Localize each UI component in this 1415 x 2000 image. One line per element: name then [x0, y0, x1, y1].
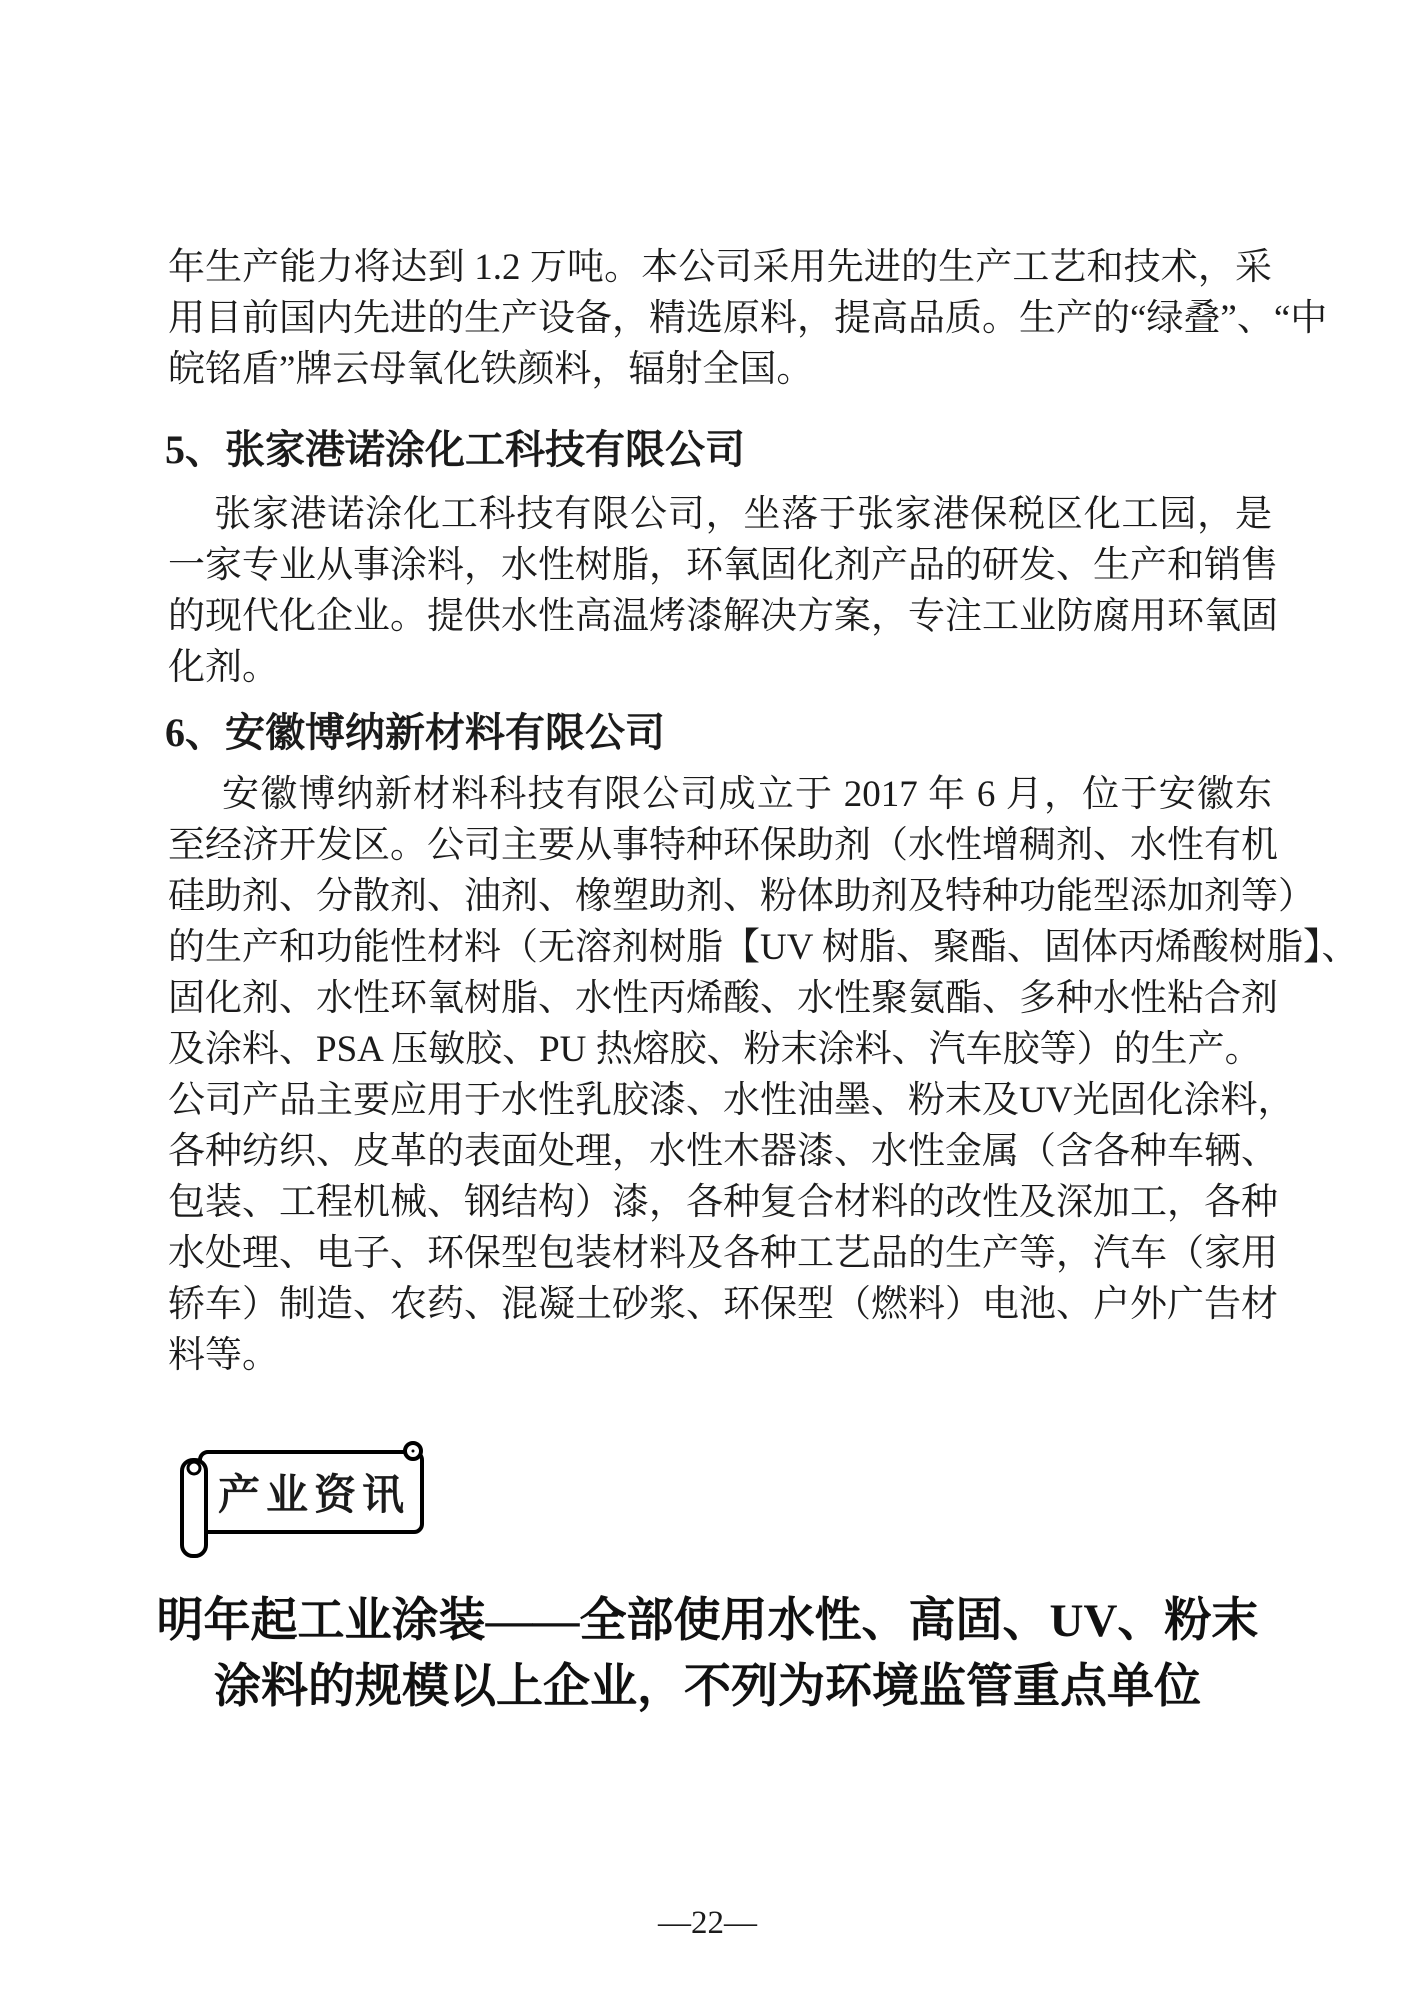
intro-paragraph: 年生产能力将达到 1.2 万吨。本公司采用先进的生产工艺和技术，采 用目前国内先… — [168, 242, 1272, 395]
text-line: 用目前国内先进的生产设备，精选原料，提高品质。生产的“绿叠”、“中 — [168, 293, 1272, 344]
text-line: 公司产品主要应用于水性乳胶漆、水性油墨、粉末及UV光固化涂料， — [168, 1075, 1272, 1126]
text-line: 皖铭盾”牌云母氧化铁颜料，辐射全国。 — [168, 344, 1272, 395]
text-line: 至经济开发区。公司主要从事特种环保助剂（水性增稠剂、水性有机 — [168, 820, 1272, 871]
text-line: 料等。 — [168, 1330, 1272, 1381]
text-line: 水处理、电子、环保型包装材料及各种工艺品的生产等，汽车（家用 — [168, 1228, 1272, 1279]
text-line: 各种纺织、皮革的表面处理，水性木器漆、水性金属（含各种车辆、 — [168, 1126, 1272, 1177]
section6-heading: 6、安徽博纳新材料有限公司 — [165, 707, 665, 758]
section6-paragraph: 安徽博纳新材料科技有限公司成立于 2017 年 6 月，位于安徽东 至经济开发区… — [168, 769, 1272, 1381]
text-line: 包装、工程机械、钢结构）漆，各种复合材料的改性及深加工，各种 — [168, 1177, 1272, 1228]
news-heading-line: 涂料的规模以上企业，不列为环境监管重点单位 — [0, 1654, 1415, 1720]
text-line: 及涂料、PSA 压敏胶、PU 热熔胶、粉末涂料、汽车胶等）的生产。 — [168, 1024, 1272, 1075]
text-line: 的现代化企业。提供水性高温烤漆解决方案，专注工业防腐用环氧固 — [168, 591, 1272, 642]
section5-paragraph: 张家港诺涂化工科技有限公司，坐落于张家港保税区化工园，是 一家专业从事涂料，水性… — [168, 489, 1272, 693]
text-line: 硅助剂、分散剂、油剂、橡塑助剂、粉体助剂及特种功能型添加剂等） — [168, 871, 1272, 922]
banner-title: 产业资讯 — [200, 1452, 422, 1532]
text-line: 张家港诺涂化工科技有限公司，坐落于张家港保税区化工园，是 — [168, 489, 1272, 540]
news-heading-line: 明年起工业涂装——全部使用水性、高固、UV、粉末 — [0, 1588, 1415, 1654]
document-page: 年生产能力将达到 1.2 万吨。本公司采用先进的生产工艺和技术，采 用目前国内先… — [0, 0, 1415, 2000]
text-line: 轿车）制造、农药、混凝土砂浆、环保型（燃料）电池、户外广告材 — [168, 1279, 1272, 1330]
page-number: —22— — [0, 1905, 1415, 1942]
section5-heading: 5、张家港诺涂化工科技有限公司 — [165, 424, 745, 475]
text-line: 化剂。 — [168, 642, 1272, 693]
text-line: 一家专业从事涂料，水性树脂，环氧固化剂产品的研发、生产和销售 — [168, 540, 1272, 591]
text-line: 年生产能力将达到 1.2 万吨。本公司采用先进的生产工艺和技术，采 — [168, 242, 1272, 293]
news-article-heading: 明年起工业涂装——全部使用水性、高固、UV、粉末 涂料的规模以上企业，不列为环境… — [0, 1588, 1415, 1720]
text-line: 安徽博纳新材料科技有限公司成立于 2017 年 6 月，位于安徽东 — [168, 769, 1272, 820]
industry-news-banner: 产业资讯 — [170, 1438, 432, 1560]
text-line: 的生产和功能性材料（无溶剂树脂【UV 树脂、聚酯、固体丙烯酸树脂】、 — [168, 922, 1272, 973]
text-line: 固化剂、水性环氧树脂、水性丙烯酸、水性聚氨酯、多种水性粘合剂 — [168, 973, 1272, 1024]
